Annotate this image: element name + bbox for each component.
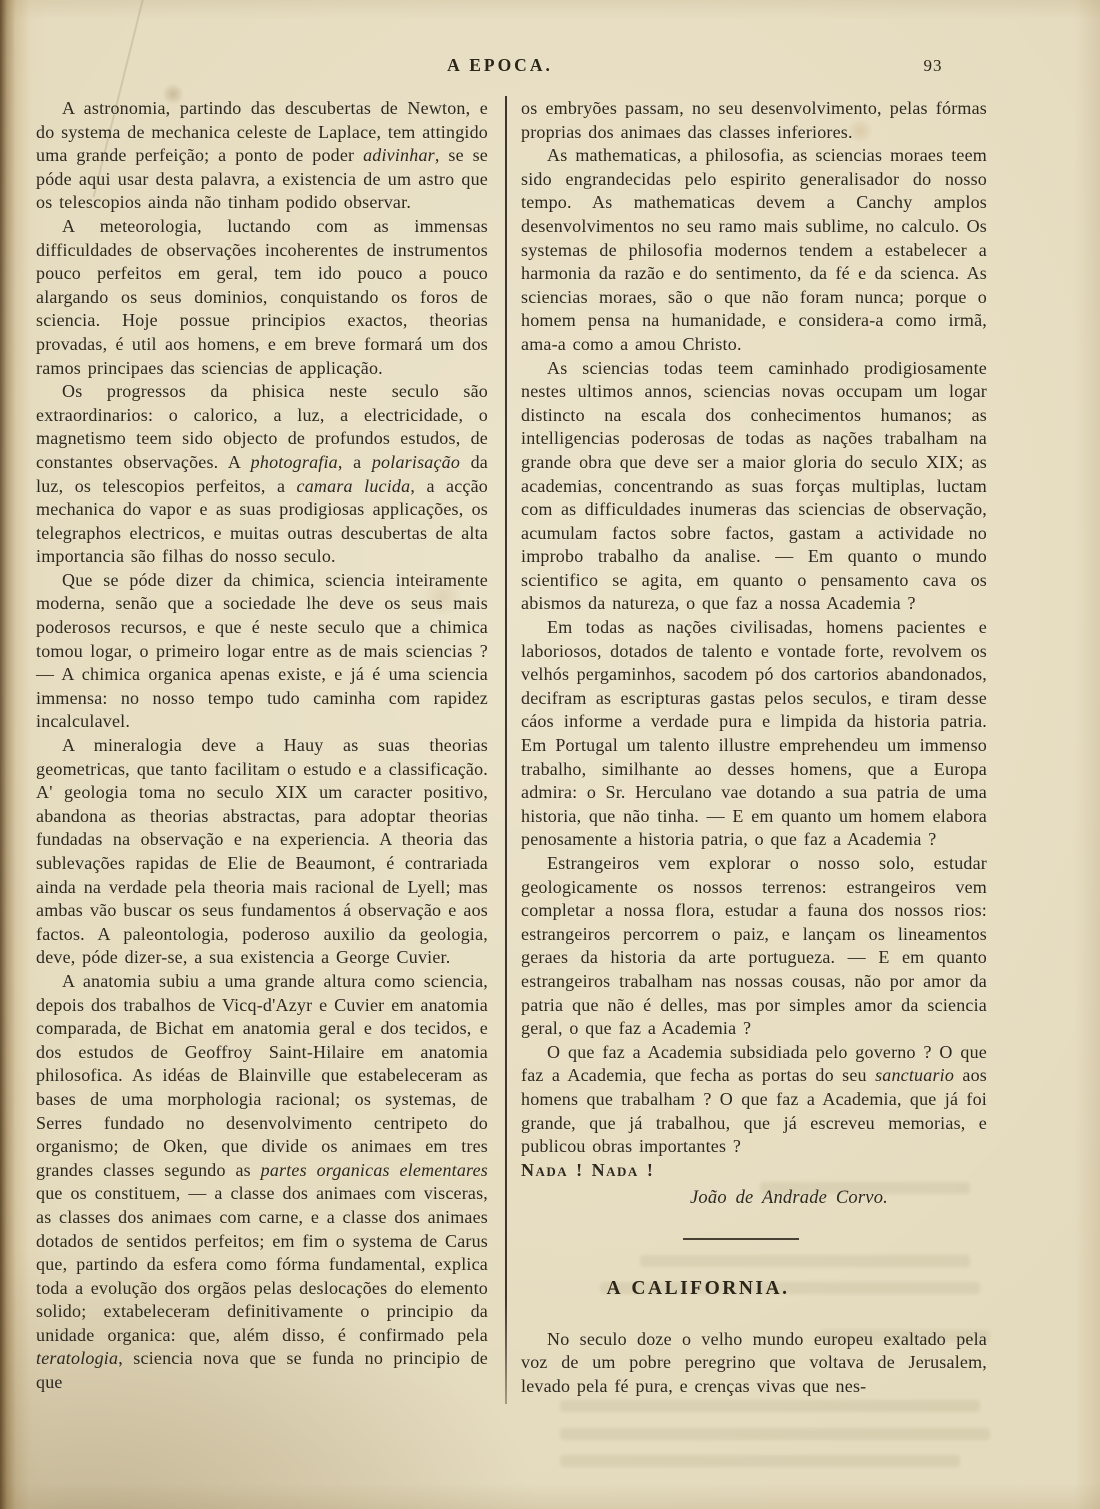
- ink-bleed-through: [560, 1428, 990, 1440]
- paragraph: O que faz a Academia subsidiada pelo gov…: [521, 1041, 987, 1159]
- section-divider-rule: [683, 1238, 799, 1240]
- text-segment: os embryões passam, no seu desenvolvimen…: [521, 98, 987, 142]
- italic-text-segment: photografia: [251, 452, 338, 472]
- text-segment: As mathematicas, a philosofia, as scienc…: [521, 145, 987, 354]
- ink-bleed-through: [560, 1400, 980, 1412]
- scanned-newspaper-page: A EPOCA. 93 A astronomia, partindo das d…: [0, 0, 1100, 1509]
- text-segment: A anatomia subiu a uma grande altura com…: [36, 971, 488, 1180]
- paragraph: A meteorologia, luctando com as immensas…: [36, 215, 488, 380]
- paragraph: A astronomia, partindo das descubertas d…: [36, 97, 488, 215]
- page-number: 93: [903, 56, 963, 76]
- right-column-text: os embryões passam, no seu desenvolvimen…: [521, 97, 987, 1159]
- italic-text-segment: partes organicas elementares: [261, 1160, 488, 1180]
- paragraph: A anatomia subiu a uma grande altura com…: [36, 970, 488, 1395]
- text-segment: A mineralogia deve a Hauy as suas theori…: [36, 735, 488, 967]
- italic-text-segment: camara lucida: [297, 476, 411, 496]
- paragraph: Os progressos da phisica neste seculo sã…: [36, 380, 488, 569]
- journal-title: A EPOCA.: [390, 55, 610, 76]
- article-text: No seculo doze o velho mundo europeu exa…: [521, 1328, 987, 1399]
- paragraph: As sciencias todas teem caminhado prodig…: [521, 357, 987, 617]
- text-segment: Em todas as nações civilisadas, homens p…: [521, 617, 987, 849]
- italic-text-segment: adivinhar: [363, 145, 435, 165]
- right-column: os embryões passam, no seu desenvolvimen…: [521, 97, 987, 1398]
- italic-text-segment: teratologia: [36, 1348, 118, 1368]
- text-segment: , a: [338, 452, 372, 472]
- paragraph: Em todas as nações civilisadas, homens p…: [521, 616, 987, 852]
- italic-text-segment: sanctuario: [875, 1065, 954, 1085]
- paragraph: No seculo doze o velho mundo europeu exa…: [521, 1328, 987, 1399]
- italic-text-segment: polarisação: [372, 452, 460, 472]
- exclamation-line: Nada ! Nada !: [521, 1159, 987, 1183]
- text-segment: A meteorologia, luctando com as immensas…: [36, 216, 488, 378]
- text-segment: que os constituem, — a classe dos animae…: [36, 1183, 488, 1345]
- text-segment: No seculo doze o velho mundo europeu exa…: [521, 1329, 987, 1396]
- paragraph: A mineralogia deve a Hauy as suas theori…: [36, 734, 488, 970]
- paragraph: os embryões passam, no seu desenvolvimen…: [521, 97, 987, 144]
- paragraph: As mathematicas, a philosofia, as scienc…: [521, 144, 987, 356]
- text-segment: Estrangeiros vem explorar o nosso solo, …: [521, 853, 987, 1038]
- paragraph: Que se póde dizer da chimica, sciencia i…: [36, 569, 488, 734]
- left-column: A astronomia, partindo das descubertas d…: [36, 97, 488, 1395]
- article-heading: A CALIFORNIA.: [521, 1277, 987, 1301]
- paragraph: Estrangeiros vem explorar o nosso solo, …: [521, 852, 987, 1041]
- ink-bleed-through: [560, 1455, 960, 1467]
- column-divider-rule: [505, 96, 507, 1404]
- author-signature: João de Andrade Corvo.: [521, 1187, 987, 1211]
- text-segment: As sciencias todas teem caminhado prodig…: [521, 358, 987, 614]
- text-segment: Que se póde dizer da chimica, sciencia i…: [36, 570, 488, 732]
